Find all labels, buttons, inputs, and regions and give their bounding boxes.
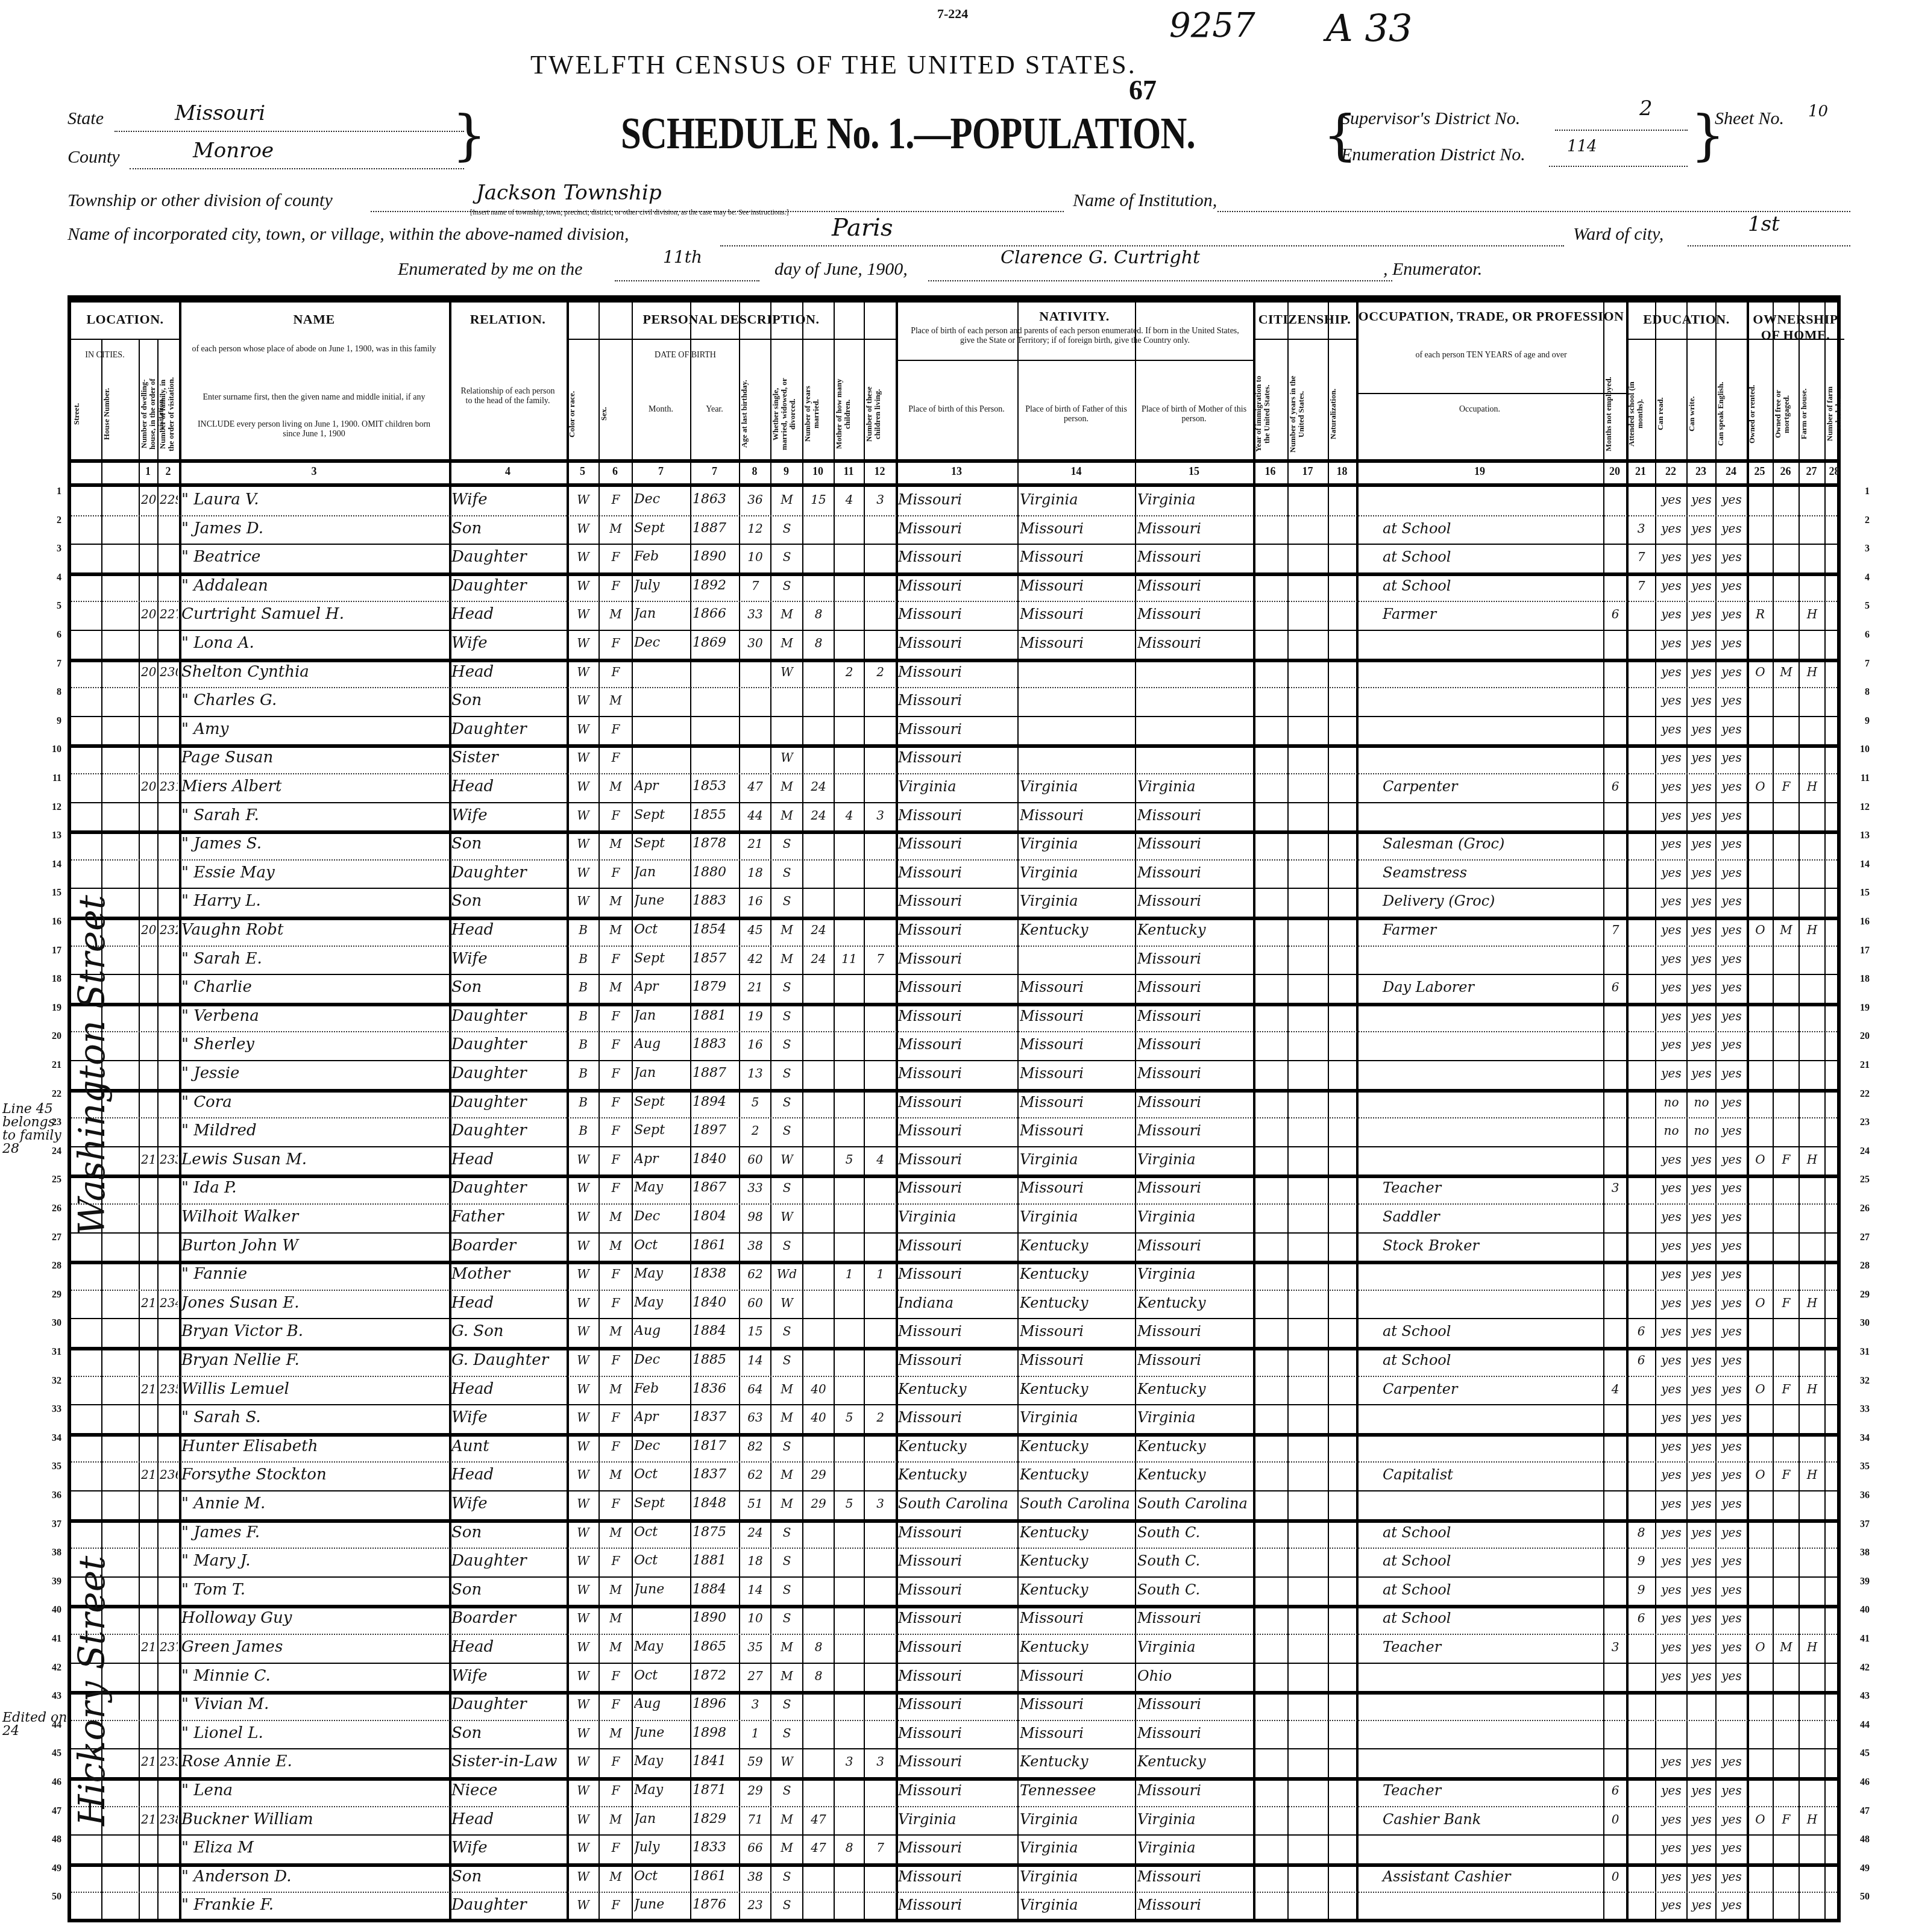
column-label: Year. (691, 405, 738, 415)
cell-months-unemployed: 3 (1606, 1634, 1625, 1660)
cell-race: W (569, 802, 597, 829)
cell-race: W (569, 601, 597, 627)
table-row: 210233Lewis Susan M.HeadWFApr184060W54Mi… (71, 1146, 1837, 1175)
cell-race: B (569, 1003, 597, 1029)
archive-number: 9257 (1169, 6, 1255, 45)
cell-marital: M (773, 946, 801, 972)
cell-relation: Son (451, 687, 565, 714)
cell-pob: Missouri (898, 716, 1016, 742)
cell-pob: Missouri (898, 1347, 1016, 1373)
cell-marital: S (773, 1060, 801, 1087)
column-label: Can write. (1688, 375, 1714, 453)
cell-name: " Lena (181, 1777, 448, 1804)
cell-month: Oct (634, 1232, 689, 1259)
cell-farm-house: H (1801, 773, 1823, 800)
cell-pob-father: Virginia (1020, 830, 1134, 857)
cell-marital: S (773, 830, 801, 857)
cell-age: 30 (741, 630, 769, 656)
column-number: 10 (802, 465, 834, 478)
table-row: 206227Curtright Samuel H.HeadWMJan186633… (71, 601, 1837, 630)
name-note-surname: Enter surname first, then the given name… (190, 393, 438, 403)
line-number: 6 (37, 630, 61, 641)
cell-pob-father: Missouri (1020, 1663, 1134, 1689)
cell-age: 3 (741, 1691, 769, 1717)
cell-english: yes (1718, 888, 1745, 914)
line-number: 3 (37, 544, 61, 554)
cell-month: May (634, 1290, 689, 1316)
cell-race: W (569, 1663, 597, 1689)
page-stamp: 67 (1129, 74, 1157, 106)
column-label: Year of immigration to the United States… (1254, 375, 1286, 453)
cell-name: Bryan Nellie F. (181, 1347, 448, 1373)
cell-read: yes (1657, 1060, 1685, 1087)
cell-english: yes (1718, 1863, 1745, 1890)
cell-marital: M (773, 1461, 801, 1488)
cell-pob-father: Virginia (1020, 888, 1134, 914)
cell-children-born: 3 (836, 1748, 862, 1775)
cell-pob: Missouri (898, 1777, 1016, 1804)
table-row: 210233Rose Annie E.Sister-in-LawWFMay184… (71, 1748, 1837, 1777)
column-label: Farm or house. (1800, 375, 1823, 453)
cell-occupation: Teacher (1359, 1634, 1626, 1660)
cell-english: yes (1718, 974, 1745, 1000)
cell-read: yes (1657, 1834, 1685, 1861)
cell-english: yes (1718, 1433, 1745, 1460)
cell-relation: Son (451, 1863, 565, 1890)
cell-write: yes (1689, 1347, 1714, 1373)
cell-pob: Missouri (898, 630, 1016, 656)
cell-write: yes (1689, 1060, 1714, 1087)
cell-pob-mother: Virginia (1137, 1404, 1252, 1431)
cell-children-born: 4 (836, 486, 862, 513)
table-row: 205229" Laura V.WifeWFDec186336M1543Miss… (71, 486, 1837, 515)
column-label: Place of birth of this Person. (897, 405, 1016, 415)
cell-year: 1896 (693, 1691, 738, 1717)
cell-race: W (569, 1605, 597, 1631)
cell-race: W (569, 544, 597, 570)
cell-children-living: 7 (866, 946, 894, 972)
cell-pob: Missouri (898, 1863, 1016, 1890)
cell-months-unemployed: 6 (1606, 974, 1625, 1000)
cell-read: yes (1657, 1203, 1685, 1230)
cell-pob: Indiana (898, 1290, 1016, 1316)
column-number: 28 (1824, 465, 1844, 478)
cell-owned: O (1749, 1376, 1771, 1402)
cell-month: Sept (634, 802, 689, 829)
cell-month: Apr (634, 974, 689, 1000)
cell-pob-mother: Kentucky (1137, 917, 1252, 943)
cell-name: Willis Lemuel (181, 1376, 448, 1402)
cell-occupation: at School (1359, 1576, 1626, 1603)
column-label: Color or race. (568, 375, 597, 453)
cell-family: 233 (160, 1146, 178, 1173)
cell-age: 23 (741, 1892, 769, 1918)
cell-pob: Missouri (898, 1634, 1016, 1660)
cell-mortgage: M (1775, 917, 1797, 943)
cell-month: Oct (634, 1548, 689, 1574)
cell-year: 1875 (693, 1519, 738, 1546)
cell-name: " Anderson D. (181, 1863, 448, 1890)
cell-month: Sept (634, 1117, 689, 1144)
cell-marital: M (773, 1634, 801, 1660)
cell-mortgage: F (1775, 1146, 1797, 1173)
cell-month: Dec (634, 1347, 689, 1373)
cell-write: no (1689, 1089, 1714, 1115)
cell-age: 51 (741, 1490, 769, 1517)
cell-marital: W (773, 1748, 801, 1775)
table-row: " Minnie C.WifeWFOct187227M8MissouriMiss… (71, 1663, 1837, 1692)
cell-relation: Daughter (451, 716, 565, 742)
column-label: Age at last birthday. (740, 375, 769, 453)
cell-pob-father: South Carolina (1020, 1490, 1134, 1517)
cell-write: yes (1689, 1433, 1714, 1460)
cell-pob-father: Kentucky (1020, 1290, 1134, 1316)
cell-month: Aug (634, 1318, 689, 1344)
cell-pob: Missouri (898, 601, 1016, 627)
cell-month: Sept (634, 515, 689, 542)
line-number: 17 (1846, 946, 1870, 956)
cell-relation: Daughter (451, 859, 565, 886)
cell-age: 60 (741, 1146, 769, 1173)
cell-pob-father: Missouri (1020, 1347, 1134, 1373)
line-number: 19 (37, 1003, 61, 1014)
line-number: 2 (1846, 515, 1870, 526)
cell-pob: Virginia (898, 1806, 1016, 1833)
cell-relation: Mother (451, 1261, 565, 1287)
line-number: 38 (37, 1548, 61, 1558)
cell-pob-mother: Kentucky (1137, 1376, 1252, 1402)
cell-race: W (569, 1290, 597, 1316)
street-label-hickory: Hickory Street (71, 1314, 113, 1826)
cell-relation: Niece (451, 1777, 565, 1804)
cell-owned: O (1749, 773, 1771, 800)
cell-yrs-married: 40 (805, 1404, 832, 1431)
cell-marital: W (773, 1146, 801, 1173)
cell-english: yes (1718, 1146, 1745, 1173)
cell-marital: S (773, 1892, 801, 1918)
cell-age: 19 (741, 1003, 769, 1029)
group-header-education: EDUCATION. (1626, 312, 1747, 327)
cell-marital: S (773, 572, 801, 599)
cell-sex: M (601, 1318, 630, 1344)
cell-pob-father: Kentucky (1020, 1461, 1134, 1488)
column-label: Street. (72, 375, 100, 453)
cell-race: W (569, 773, 597, 800)
cell-name: Hunter Elisabeth (181, 1433, 448, 1460)
cell-marital: S (773, 1605, 801, 1631)
cell-pob-mother: South Carolina (1137, 1490, 1252, 1517)
cell-children-living: 4 (866, 1146, 894, 1173)
cell-sex: M (601, 974, 630, 1000)
cell-pob-father: Missouri (1020, 544, 1134, 570)
cell-sex: F (601, 1748, 630, 1775)
sheet-value: 10 (1808, 102, 1828, 121)
cell-sex: M (601, 1863, 630, 1890)
cell-pob-father: Missouri (1020, 1031, 1134, 1058)
table-row: " Annie M.WifeWFSept184851M2953South Car… (71, 1490, 1837, 1519)
cell-occupation: at School (1359, 572, 1626, 599)
cell-pob-father: Missouri (1020, 1060, 1134, 1087)
line-number: 15 (1846, 888, 1870, 899)
table-row: " James F.SonWMOct187524SMissouriKentuck… (71, 1519, 1837, 1548)
line-number: 10 (37, 744, 61, 755)
cell-year: 1894 (693, 1089, 738, 1115)
cell-pob: Kentucky (898, 1376, 1016, 1402)
cell-month: July (634, 572, 689, 599)
cell-year: 1841 (693, 1748, 738, 1775)
cell-write: yes (1689, 1232, 1714, 1259)
line-number: 46 (1846, 1777, 1870, 1788)
table-row: " CharlieSonBMApr187921SMissouriMissouri… (71, 974, 1837, 1003)
cell-farm-house: H (1801, 659, 1823, 685)
line-number: 27 (37, 1232, 61, 1243)
cell-age: 64 (741, 1376, 769, 1402)
cell-race: W (569, 830, 597, 857)
cell-age: 14 (741, 1576, 769, 1603)
cell-month: May (634, 1777, 689, 1804)
cell-pob-mother: Virginia (1137, 1146, 1252, 1173)
cell-pob-mother: Missouri (1137, 1777, 1252, 1804)
cell-race: W (569, 630, 597, 656)
cell-name: " Frankie F. (181, 1892, 448, 1918)
cell-name: Curtright Samuel H. (181, 601, 448, 627)
cell-english: yes (1718, 544, 1745, 570)
cell-year: 1833 (693, 1834, 738, 1861)
cell-write: yes (1689, 1490, 1714, 1517)
cell-marital: M (773, 802, 801, 829)
cell-english: yes (1718, 1232, 1745, 1259)
cell-months-unemployed: 6 (1606, 1777, 1625, 1804)
cell-pob-mother: Missouri (1137, 1863, 1252, 1890)
cell-months-unemployed: 6 (1606, 601, 1625, 627)
cell-age: 60 (741, 1290, 769, 1316)
cell-year: 1890 (693, 1605, 738, 1631)
cell-relation: Daughter (451, 544, 565, 570)
cell-family: 236 (160, 1461, 178, 1488)
cell-write: yes (1689, 1203, 1714, 1230)
cell-age: 16 (741, 1031, 769, 1058)
cell-relation: Daughter (451, 1117, 565, 1144)
cell-relation: Son (451, 830, 565, 857)
cell-english: yes (1718, 1777, 1745, 1804)
form-number: 7-224 (937, 6, 968, 22)
cell-read: yes (1657, 1031, 1685, 1058)
cell-month: Oct (634, 1863, 689, 1890)
cell-relation: Wife (451, 1663, 565, 1689)
cell-race: W (569, 716, 597, 742)
cell-read: yes (1657, 601, 1685, 627)
line-number: 41 (37, 1634, 61, 1645)
cell-pob-mother: Missouri (1137, 946, 1252, 972)
cell-relation: Son (451, 974, 565, 1000)
cell-race: W (569, 1261, 597, 1287)
table-row: " JessieDaughterBFJan188713SMissouriMiss… (71, 1060, 1837, 1089)
cell-year: 1892 (693, 572, 738, 599)
cell-occupation: at School (1359, 515, 1626, 542)
cell-age: 33 (741, 1175, 769, 1201)
cell-read: yes (1657, 888, 1685, 914)
cell-pob-father: Missouri (1020, 601, 1134, 627)
cell-sex: F (601, 1060, 630, 1087)
line-number: 14 (37, 859, 61, 870)
cell-dwelling: 215 (141, 1806, 156, 1833)
cell-pob-mother: Missouri (1137, 601, 1252, 627)
cell-pob-father: Virginia (1020, 486, 1134, 513)
cell-pob-mother: Virginia (1137, 773, 1252, 800)
cell-read: yes (1657, 630, 1685, 656)
cell-race: B (569, 1031, 597, 1058)
cell-farm-house: H (1801, 1634, 1823, 1660)
column-label: Attended school (in months). (1627, 375, 1654, 453)
cell-dwelling: 212 (141, 1376, 156, 1402)
cell-sex: F (601, 659, 630, 685)
cell-year: 1881 (693, 1548, 738, 1574)
cell-relation: Sister (451, 744, 565, 771)
subheader-divider (1747, 339, 1844, 340)
cell-race: W (569, 1691, 597, 1717)
cell-sex: F (601, 1117, 630, 1144)
table-row: " Anderson D.SonWMOct186138SMissouriVirg… (71, 1863, 1837, 1892)
cell-read: yes (1657, 1605, 1685, 1631)
cell-occupation: Day Laborer (1359, 974, 1626, 1000)
cell-yrs-married: 8 (805, 601, 832, 627)
cell-pob-father: Kentucky (1020, 917, 1134, 943)
cell-occupation: Teacher (1359, 1175, 1626, 1201)
cell-pob-father: Kentucky (1020, 1519, 1134, 1546)
cell-pob-mother: Virginia (1137, 1806, 1252, 1833)
cell-name: " Sarah S. (181, 1404, 448, 1431)
cell-family: 232 (160, 917, 178, 943)
line-number: 25 (37, 1175, 61, 1185)
subheader-divider (1356, 393, 1626, 394)
line-number: 4 (37, 572, 61, 583)
cell-english: yes (1718, 1175, 1745, 1201)
cell-relation: Head (451, 601, 565, 627)
cell-name: " Sarah E. (181, 946, 448, 972)
cell-sex: M (601, 773, 630, 800)
cell-farm-house: H (1801, 1290, 1823, 1316)
cell-children-living: 3 (866, 486, 894, 513)
table-row: 208231Miers AlbertHeadWMApr185347M24Virg… (71, 773, 1837, 802)
cell-children-born: 5 (836, 1146, 862, 1173)
table-row: " Lona A.WifeWFDec186930M8MissouriMissou… (71, 630, 1837, 659)
column-number: 2 (157, 465, 179, 478)
table-row: " Ida P.DaughterWFMay186733SMissouriMiss… (71, 1175, 1837, 1203)
cell-read: yes (1657, 1576, 1685, 1603)
cell-yrs-married: 29 (805, 1490, 832, 1517)
cell-read: yes (1657, 1290, 1685, 1316)
cell-family: 237 (160, 1634, 178, 1660)
cell-english: yes (1718, 1634, 1745, 1660)
line-number: 49 (1846, 1863, 1870, 1874)
table-row: 215238Buckner WilliamHeadWMJan182971M47V… (71, 1806, 1837, 1835)
table-row: 211234Jones Susan E.HeadWFMay184060WIndi… (71, 1290, 1837, 1319)
cell-sex: F (601, 802, 630, 829)
occupation-description: of each person TEN YEARS of age and over (1368, 351, 1615, 360)
cell-read: yes (1657, 744, 1685, 771)
cell-relation: Head (451, 917, 565, 943)
cell-pob-mother: Kentucky (1137, 1748, 1252, 1775)
cell-sex: M (601, 1461, 630, 1488)
cell-name: " Charles G. (181, 687, 448, 714)
cell-age: 42 (741, 946, 769, 972)
cell-pob-father: Tennessee (1020, 1777, 1134, 1804)
cell-english: yes (1718, 1261, 1745, 1287)
cell-relation: Head (451, 659, 565, 685)
cell-month: Jan (634, 1060, 689, 1087)
line-number: 26 (37, 1203, 61, 1214)
line-number: 32 (1846, 1376, 1870, 1387)
cell-school: 6 (1629, 1347, 1654, 1373)
cell-write: yes (1689, 1318, 1714, 1344)
cell-age: 16 (741, 888, 769, 914)
table-row: " Essie MayDaughterWFJan188018SMissouriV… (71, 859, 1837, 888)
cell-pob-mother: Kentucky (1137, 1433, 1252, 1460)
margin-note-edited: Edited on 24 (2, 1711, 69, 1738)
cell-owned: O (1749, 917, 1771, 943)
census-table: LOCATION.NAMERELATION.PERSONAL DESCRIPTI… (68, 295, 1841, 1922)
cell-race: B (569, 1060, 597, 1087)
in-cities-label: IN CITIES. (71, 351, 139, 360)
cell-read: yes (1657, 486, 1685, 513)
cell-pob: Missouri (898, 572, 1016, 599)
cell-write: yes (1689, 515, 1714, 542)
column-label: Place of birth of Mother of this person. (1136, 405, 1252, 424)
cell-write: yes (1689, 744, 1714, 771)
cell-name: " Ida P. (181, 1175, 448, 1201)
cell-marital: S (773, 1777, 801, 1804)
cell-pob-mother: Missouri (1137, 1720, 1252, 1746)
cell-month: Sept (634, 1089, 689, 1115)
cell-pob-father: Missouri (1020, 630, 1134, 656)
cell-name: " James D. (181, 515, 448, 542)
cell-relation: Boarder (451, 1232, 565, 1259)
line-number: 29 (1846, 1290, 1870, 1300)
cell-sex: F (601, 859, 630, 886)
cell-name: " Sherley (181, 1031, 448, 1058)
line-number: 40 (1846, 1605, 1870, 1616)
cell-name: " Mildred (181, 1117, 448, 1144)
cell-write: yes (1689, 1404, 1714, 1431)
cell-sex: F (601, 1261, 630, 1287)
line-number: 30 (1846, 1318, 1870, 1329)
cell-relation: G. Daughter (451, 1347, 565, 1373)
cell-sex: F (601, 544, 630, 570)
column-label: Whether single, married, widowed, or div… (771, 375, 801, 453)
cell-age: 98 (741, 1203, 769, 1230)
cell-yrs-married: 47 (805, 1834, 832, 1861)
line-number: 16 (37, 917, 61, 927)
cell-occupation: Teacher (1359, 1777, 1626, 1804)
table-row: Burton John WBoarderWMOct186138SMissouri… (71, 1232, 1837, 1261)
cell-relation: Wife (451, 1404, 565, 1431)
cell-race: B (569, 1089, 597, 1115)
cell-race: W (569, 1203, 597, 1230)
enumeration-label: Enumeration District No. (1341, 145, 1525, 165)
cell-dwelling: 213 (141, 1461, 156, 1488)
cell-month: June (634, 1720, 689, 1746)
cell-year: 1884 (693, 1576, 738, 1603)
table-row: Holloway GuyBoarderWM189010SMissouriMiss… (71, 1605, 1837, 1634)
cell-family: 229 (160, 486, 178, 513)
cell-age: 5 (741, 1089, 769, 1115)
cell-age: 7 (741, 572, 769, 599)
cell-farm-house: H (1801, 1806, 1823, 1833)
cell-owned: O (1749, 1290, 1771, 1316)
line-number: 20 (1846, 1031, 1870, 1042)
county-label: County (68, 147, 120, 168)
cell-name: Green James (181, 1634, 448, 1660)
